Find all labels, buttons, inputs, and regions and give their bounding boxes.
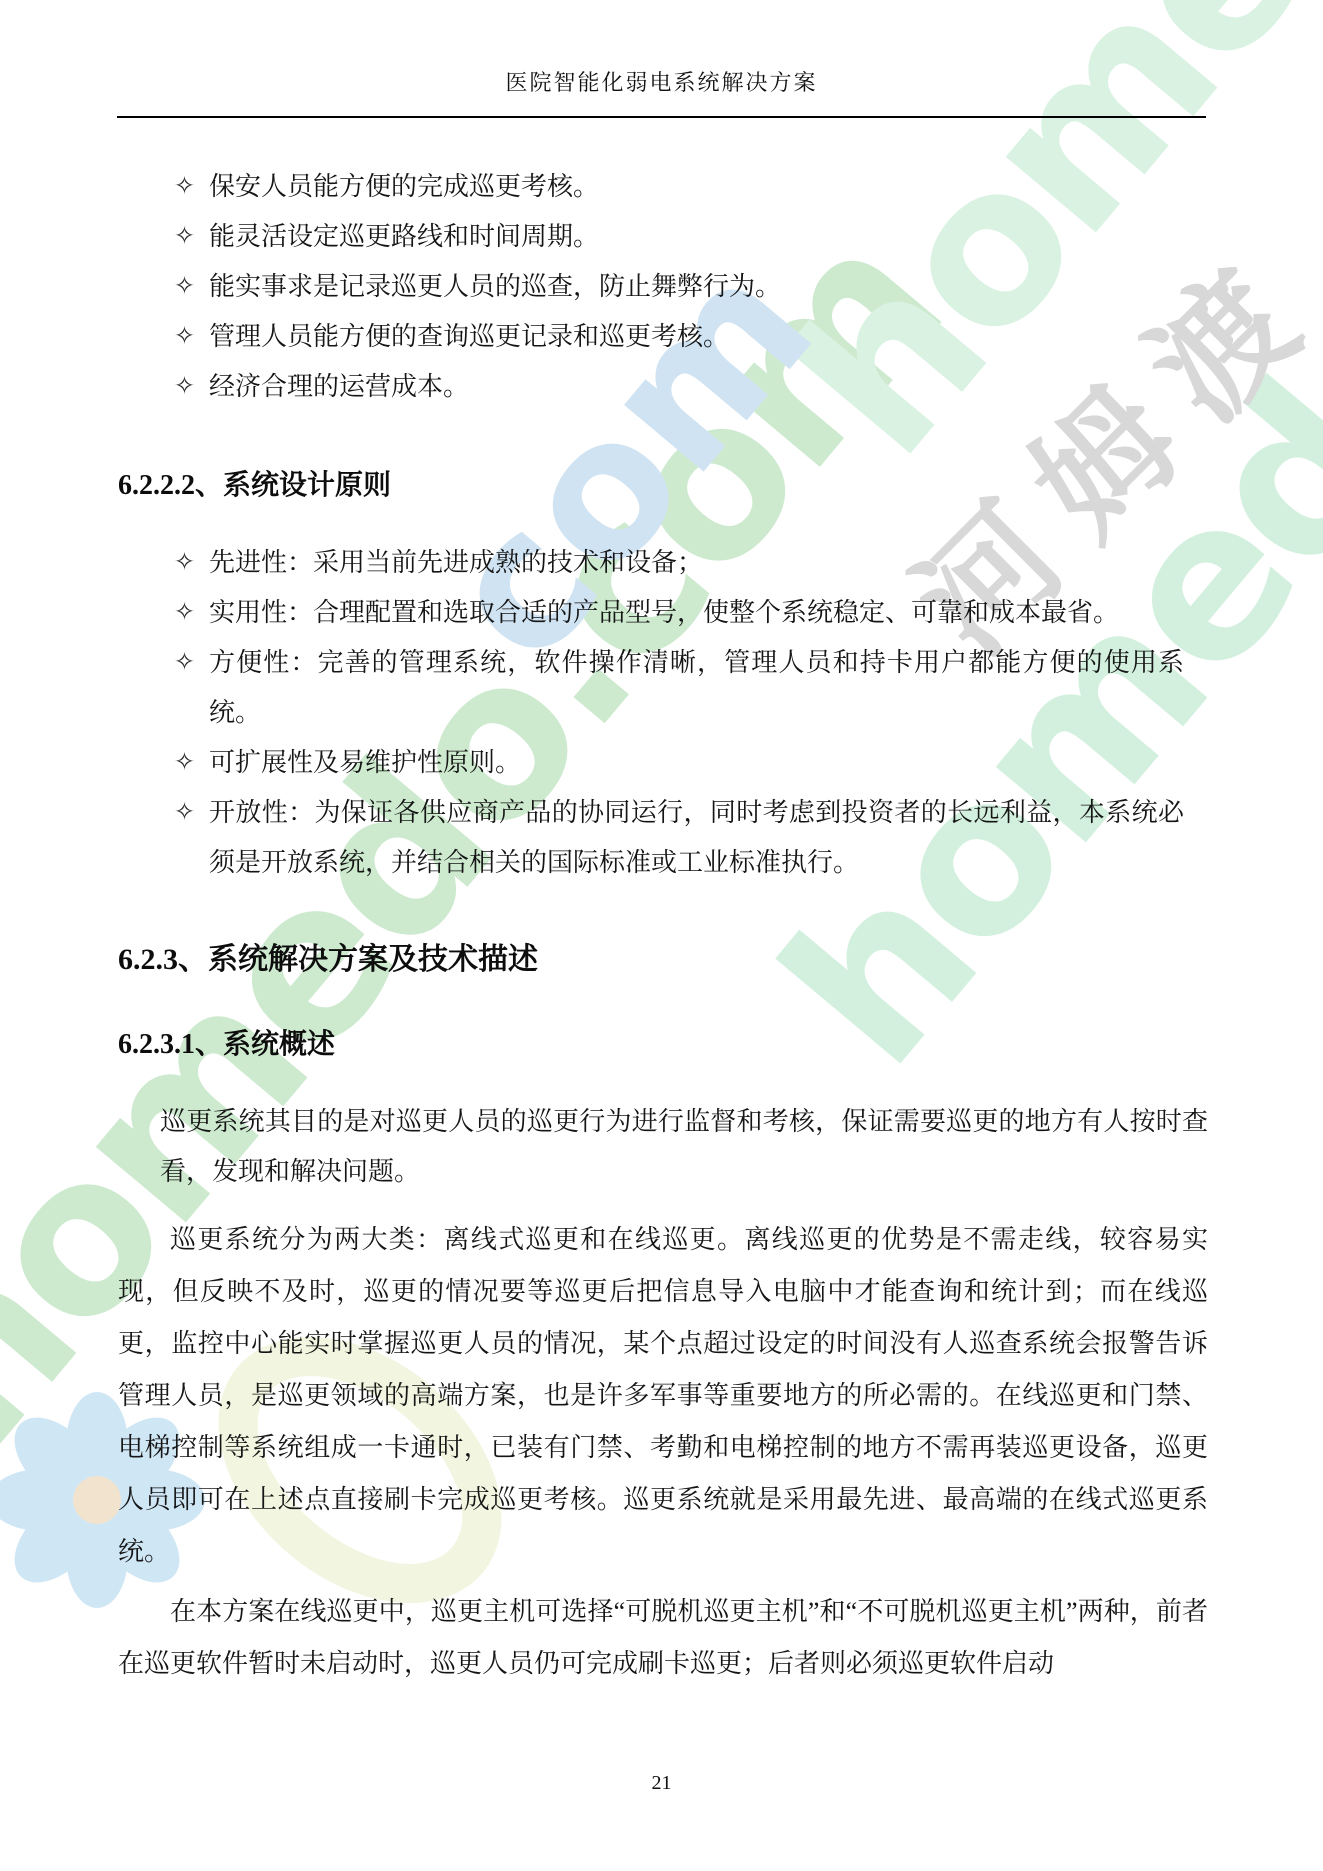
list-item-text: 方便性：完善的管理系统，软件操作清晰，管理人员和持卡用户都能方便的使用系统。 [209, 648, 1184, 727]
list-item-text: 先进性：采用当前先进成熟的技术和设备； [209, 548, 703, 577]
list-item-text: 能实事求是记录巡更人员的巡查，防止舞弊行为。 [209, 272, 781, 301]
list-item: ✧ 能实事求是记录巡更人员的巡查，防止舞弊行为。 [118, 262, 1184, 312]
document-page: homedo.com homedo.com homedo.com com 河姆渡… [0, 0, 1323, 1871]
section-heading-6231: 6.2.3.1、系统概述 [118, 1022, 335, 1062]
list-item-text: 保安人员能方便的完成巡更考核。 [209, 172, 599, 201]
diamond-bullet-icon: ✧ [174, 538, 195, 588]
page-content: 医院智能化弱电系统解决方案 ✧ 保安人员能方便的完成巡更考核。 ✧ 能灵活设定巡… [0, 0, 1323, 1871]
list-item-text: 可扩展性及易维护性原则。 [209, 748, 521, 777]
list-item: ✧ 可扩展性及易维护性原则。 [118, 738, 1184, 788]
list-item: ✧ 经济合理的运营成本。 [118, 362, 1184, 412]
diamond-bullet-icon: ✧ [174, 262, 195, 312]
diamond-bullet-icon: ✧ [174, 738, 195, 788]
list-item-text: 能灵活设定巡更路线和时间周期。 [209, 222, 599, 251]
diamond-bullet-icon: ✧ [174, 162, 195, 212]
requirements-bullet-list: ✧ 保安人员能方便的完成巡更考核。 ✧ 能灵活设定巡更路线和时间周期。 ✧ 能实… [118, 162, 1184, 412]
diamond-bullet-icon: ✧ [174, 212, 195, 262]
page-number: 21 [0, 1772, 1323, 1795]
list-item: ✧ 实用性：合理配置和选取合适的产品型号，使整个系统稳定、可靠和成本最省。 [118, 588, 1184, 638]
paragraph-scheme-hosts: 在本方案在线巡更中，巡更主机可选择“可脱机巡更主机”和“不可脱机巡更主机”两种，… [118, 1586, 1208, 1690]
section-heading-623: 6.2.3、系统解决方案及技术描述 [118, 934, 538, 978]
list-item: ✧ 能灵活设定巡更路线和时间周期。 [118, 212, 1184, 262]
page-header-title: 医院智能化弱电系统解决方案 [0, 66, 1323, 97]
list-item-text: 开放性：为保证各供应商产品的协同运行，同时考虑到投资者的长远利益，本系统必须是开… [209, 798, 1184, 877]
list-item: ✧ 管理人员能方便的查询巡更记录和巡更考核。 [118, 312, 1184, 362]
list-item: ✧ 开放性：为保证各供应商产品的协同运行，同时考虑到投资者的长远利益，本系统必须… [118, 788, 1184, 888]
list-item: ✧ 方便性：完善的管理系统，软件操作清晰，管理人员和持卡用户都能方便的使用系统。 [118, 638, 1184, 738]
diamond-bullet-icon: ✧ [174, 638, 195, 688]
diamond-bullet-icon: ✧ [174, 588, 195, 638]
section-heading-6222: 6.2.2.2、系统设计原则 [118, 463, 391, 503]
list-item-text: 经济合理的运营成本。 [209, 372, 469, 401]
list-item: ✧ 先进性：采用当前先进成熟的技术和设备； [118, 538, 1184, 588]
paragraph-system-types: 巡更系统分为两大类：离线式巡更和在线巡更。离线巡更的优势是不需走线，较容易实现，… [118, 1214, 1208, 1578]
paragraph-system-purpose: 巡更系统其目的是对巡更人员的巡更行为进行监督和考核，保证需要巡更的地方有人按时查… [160, 1097, 1208, 1197]
diamond-bullet-icon: ✧ [174, 362, 195, 412]
header-rule [117, 116, 1206, 118]
diamond-bullet-icon: ✧ [174, 788, 195, 838]
list-item-text: 管理人员能方便的查询巡更记录和巡更考核。 [209, 322, 729, 351]
list-item-text: 实用性：合理配置和选取合适的产品型号，使整个系统稳定、可靠和成本最省。 [209, 598, 1119, 627]
diamond-bullet-icon: ✧ [174, 312, 195, 362]
list-item: ✧ 保安人员能方便的完成巡更考核。 [118, 162, 1184, 212]
design-principles-bullet-list: ✧ 先进性：采用当前先进成熟的技术和设备； ✧ 实用性：合理配置和选取合适的产品… [118, 538, 1184, 888]
